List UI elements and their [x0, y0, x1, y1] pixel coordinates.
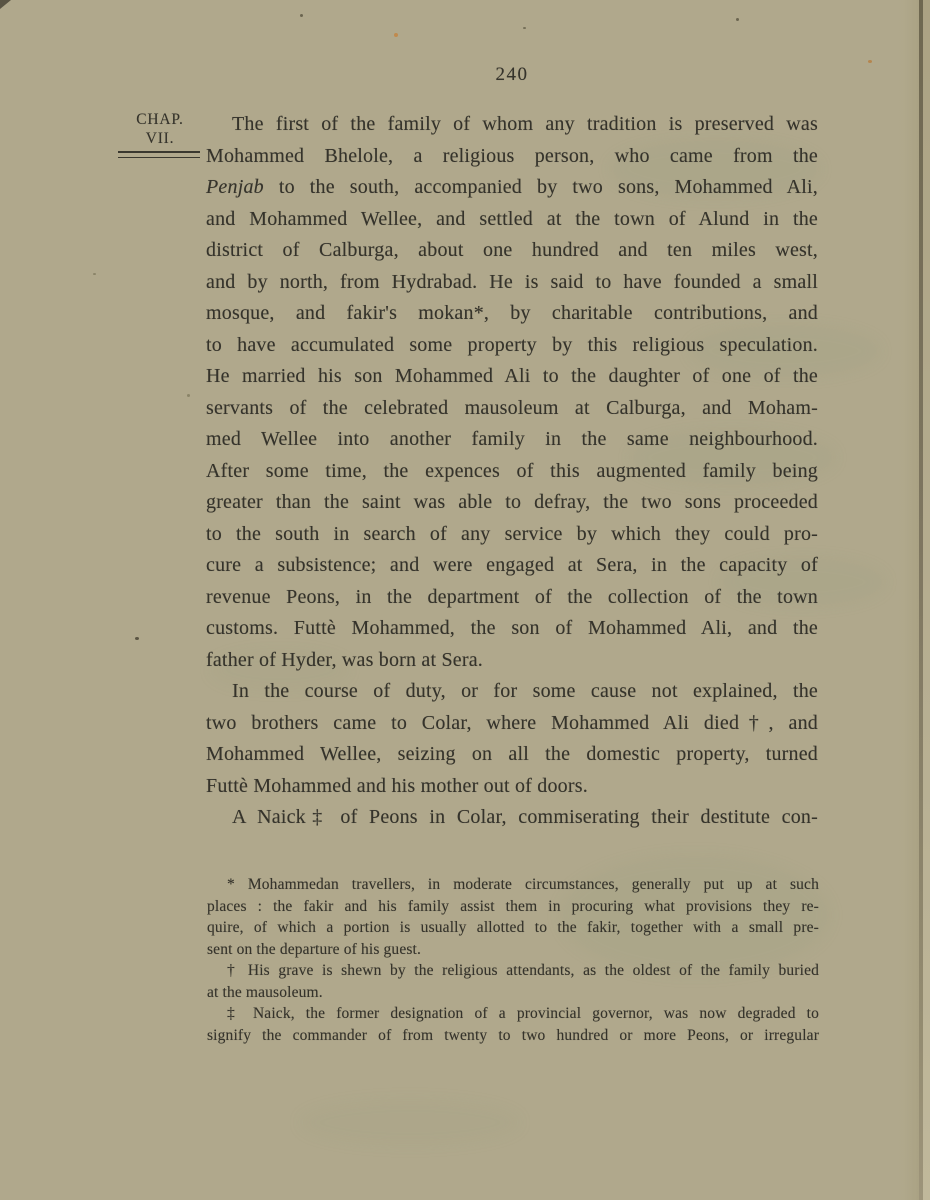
body-line: med Wellee into another family in the sa…: [206, 424, 818, 456]
page-number: 240: [206, 64, 818, 86]
footnote-line: sent on the departure of his guest.: [207, 939, 819, 961]
bleedthrough-smudge: [300, 1100, 520, 1145]
body-line: A Naick‡ of Peons in Colar, commiseratin…: [206, 802, 818, 834]
body-line: customs. Futtè Mohammed, the son of Moha…: [206, 613, 818, 645]
scanned-book-page: 240 CHAP. VII. The first of the family o…: [0, 0, 930, 1200]
body-line: servants of the celebrated mausoleum at …: [206, 393, 818, 425]
footnote-line: † His grave is shewn by the religious at…: [207, 960, 819, 982]
chapter-label: CHAP.: [118, 110, 202, 129]
body-line: and by north, from Hydrabad. He is said …: [206, 267, 818, 299]
body-line: to the south in search of any service by…: [206, 519, 818, 551]
footnote-line: ‡ Naick, the former designation of a pro…: [207, 1003, 819, 1025]
body-text: The first of the family of whom any trad…: [206, 109, 818, 834]
body-line: greater than the saint was able to defra…: [206, 487, 818, 519]
body-line: and Mohammed Wellee, and settled at the …: [206, 204, 818, 236]
page-edge-shading: [884, 0, 919, 1200]
body-line: The first of the family of whom any trad…: [206, 109, 818, 141]
paper-speck: [135, 637, 139, 640]
body-line: Futtè Mohammed and his mother out of doo…: [206, 771, 818, 803]
next-page-edge: [923, 0, 930, 1200]
body-line: revenue Peons, in the department of the …: [206, 582, 818, 614]
paper-speck: [736, 18, 739, 21]
footnote-line: quire, of which a portion is usually all…: [207, 917, 819, 939]
footnote-line: places : the fakir and his family assist…: [207, 896, 819, 918]
footnotes: * Mohammedan travellers, in moderate cir…: [207, 874, 819, 1046]
body-line: two brothers came to Colar, where Mohamm…: [206, 708, 818, 740]
paper-speck: [868, 60, 872, 63]
corner-mark: [0, 0, 11, 9]
body-line: district of Calburga, about one hundred …: [206, 235, 818, 267]
footnote-line: at the mausoleum.: [207, 982, 819, 1004]
body-line-text: to the south, accompanied by two sons, M…: [264, 176, 818, 198]
body-line: Mohammed Wellee, seizing on all the dome…: [206, 739, 818, 771]
body-line: cure a subsistence; and were engaged at …: [206, 550, 818, 582]
body-line: In the course of duty, or for some cause…: [206, 676, 818, 708]
body-line: Mohammed Bhelole, a religious person, wh…: [206, 141, 818, 173]
body-line: After some time, the expences of this au…: [206, 456, 818, 488]
paper-speck: [187, 394, 190, 397]
body-line: father of Hyder, was born at Sera.: [206, 645, 818, 677]
chapter-numeral: VII.: [118, 129, 202, 148]
body-line: mosque, and fakir's mokan*, by charitabl…: [206, 298, 818, 330]
body-line: Penjab to the south, accompanied by two …: [206, 172, 818, 204]
paper-speck: [394, 33, 398, 37]
paper-speck: [300, 14, 303, 17]
italic-place-name: Penjab: [206, 176, 264, 198]
body-line: He married his son Mohammed Ali to the d…: [206, 361, 818, 393]
chapter-double-rule: [118, 151, 200, 158]
chapter-margin-note: CHAP. VII.: [118, 110, 202, 148]
body-line: to have accumulated some property by thi…: [206, 330, 818, 362]
paper-speck: [93, 273, 96, 275]
footnote-line: * Mohammedan travellers, in moderate cir…: [207, 874, 819, 896]
paper-speck: [523, 27, 526, 29]
footnote-line: signify the commander of from twenty to …: [207, 1025, 819, 1047]
